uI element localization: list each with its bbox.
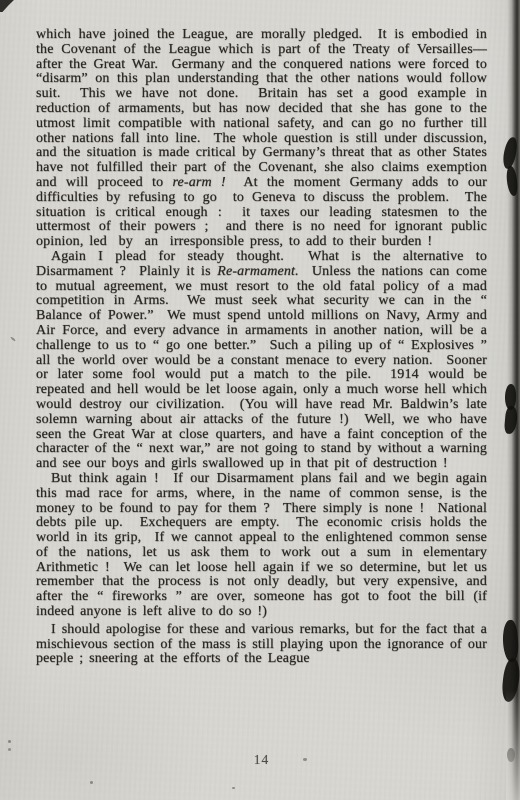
paper-speck <box>90 781 93 784</box>
paper-speck <box>8 740 11 743</box>
paragraph: Again I plead for steady thought. What i… <box>36 250 487 472</box>
body-text: which have joined the League, are morall… <box>36 27 493 190</box>
page-text-block: which have joined the League, are morall… <box>36 28 487 667</box>
scan-corner-artifact <box>0 0 16 12</box>
italic-phrase: re-arm ! <box>172 175 225 190</box>
paragraph: But think again ! If our Disarmament pla… <box>36 472 487 620</box>
body-text: Unless the nations can come to mutual ag… <box>36 264 493 471</box>
scan-edge-fade <box>506 690 520 800</box>
paper-speck <box>303 758 307 761</box>
paper-speck <box>10 336 16 341</box>
scanned-page: which have joined the League, are morall… <box>0 0 520 800</box>
italic-phrase: Re-armament. <box>217 264 299 279</box>
paragraph: I should apologise for these and various… <box>36 623 487 667</box>
paper-speck <box>436 342 440 345</box>
page-number: 14 <box>36 752 487 768</box>
paper-speck <box>232 787 235 789</box>
paragraph: which have joined the League, are morall… <box>36 28 487 250</box>
body-text: But think again ! If our Disarmament pla… <box>36 471 493 619</box>
body-text: I should apologise for these and various… <box>36 622 493 667</box>
